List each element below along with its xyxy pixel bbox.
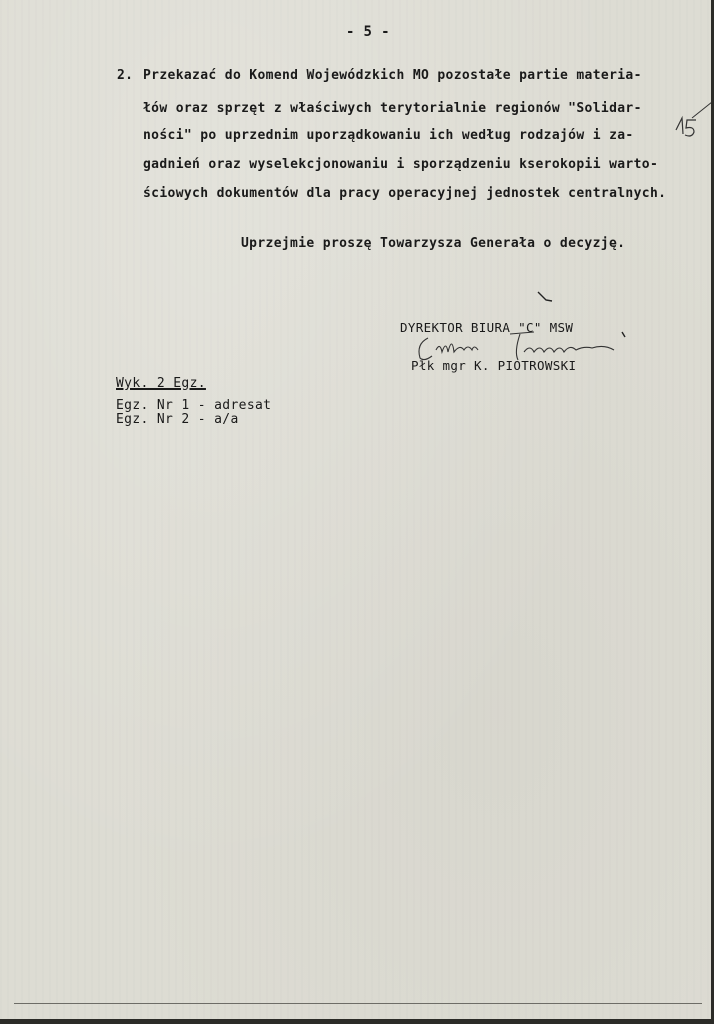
handwritten-annotation-15 [672, 100, 714, 140]
document-page: - 5 - 2. Przekazać do Komend Wojewódzkic… [0, 0, 711, 1019]
distribution-copy-2: Egz. Nr 2 - a/a [116, 412, 239, 427]
distribution-copy-1: Egz. Nr 1 - adresat [116, 398, 271, 413]
distribution-header: Wyk. 2 Egz. [116, 376, 206, 391]
paragraph-line-1: Przekazać do Komend Wojewódzkich MO pozo… [143, 68, 642, 83]
bottom-rule-line [14, 1003, 702, 1004]
paragraph-line-5: ściowych dokumentów dla pracy operacyjne… [143, 186, 666, 201]
page-number: - 5 - [346, 24, 390, 40]
paragraph-line-2: łów oraz sprzęt z właściwych terytorialn… [143, 101, 642, 116]
paragraph-line-4: gadnień oraz wyselekcjonowaniu i sporząd… [143, 157, 658, 172]
pen-tick-mark [536, 290, 556, 304]
paragraph-number: 2. [117, 68, 133, 83]
signatory-name: Płk mgr K. PIOTROWSKI [411, 358, 576, 373]
closing-request: Uprzejmie proszę Towarzysza Generała o d… [241, 236, 625, 251]
paragraph-line-3: ności" po uprzednim uporządkowaniu ich w… [143, 128, 634, 143]
